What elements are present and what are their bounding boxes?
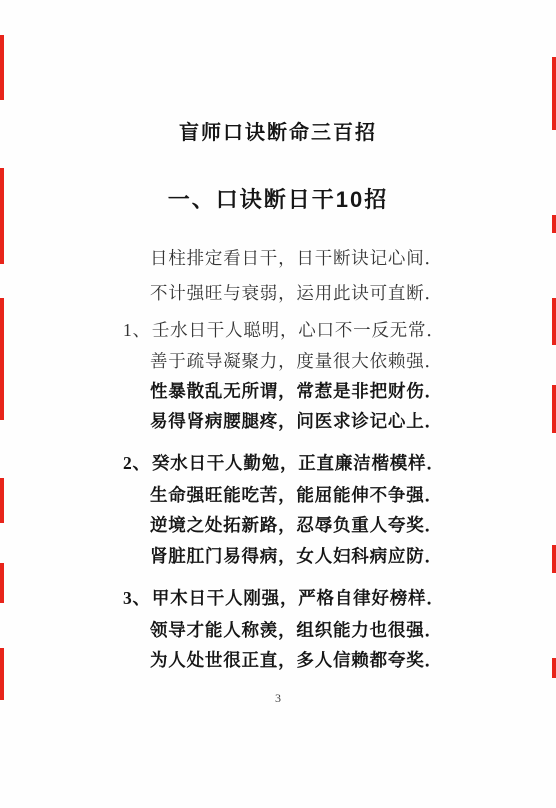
verse-line: 善于疏导凝聚力，度量很大依赖强． [150, 351, 443, 372]
verse-line: 为人处世很正直，多人信赖都夸奖． [150, 650, 443, 671]
stanza-number: 3、 [123, 588, 151, 608]
page-number: 3 [0, 691, 556, 706]
page-edge-mark [0, 563, 4, 603]
page-edge-mark [0, 298, 4, 420]
verse-line: 3、甲木日干人刚强，严格自律好榜样． [123, 588, 445, 609]
verse-line: 日柱排定看日干，日干断诀记心间． [150, 248, 443, 269]
page-edge-mark [552, 298, 556, 345]
verse-line: 肾脏肛门易得病，女人妇科病应防． [150, 546, 443, 567]
page-edge-mark [0, 35, 4, 100]
page-edge-mark [0, 478, 4, 523]
verse-line: 易得肾病腰腿疼，问医求诊记心上． [150, 411, 443, 432]
verse-line: 领导才能人称羡，组织能力也很强． [150, 620, 443, 641]
page-edge-mark [552, 658, 556, 678]
section-heading: 一、口诀断日干10招 [0, 183, 556, 214]
scanned-book-page: 盲师口诀断命三百招 一、口诀断日干10招 日柱排定看日干，日干断诀记心间． 不计… [0, 0, 556, 808]
page-edge-mark [552, 215, 556, 233]
verse-text: 癸水日干人勤勉，正直廉洁楷模样． [152, 453, 445, 473]
verse-text: 壬水日干人聪明，心口不一反无常． [152, 320, 445, 340]
verse-line: 2、癸水日干人勤勉，正直廉洁楷模样． [123, 453, 445, 474]
verse-line: 性暴散乱无所谓，常惹是非把财伤． [150, 381, 443, 402]
verse-line: 1、壬水日干人聪明，心口不一反无常． [123, 320, 445, 341]
stanza-number: 1、 [123, 320, 151, 340]
book-title: 盲师口诀断命三百招 [0, 116, 556, 145]
page-edge-mark [552, 385, 556, 433]
stanza-number: 2、 [123, 453, 151, 473]
verse-line: 逆境之处拓新路，忍辱负重人夸奖． [150, 515, 443, 536]
verse-line: 生命强旺能吃苦，能屈能伸不争强． [150, 485, 443, 506]
page-edge-mark [552, 545, 556, 573]
verse-line: 不计强旺与衰弱，运用此诀可直断． [150, 283, 443, 304]
verse-text: 甲木日干人刚强，严格自律好榜样． [152, 588, 445, 608]
